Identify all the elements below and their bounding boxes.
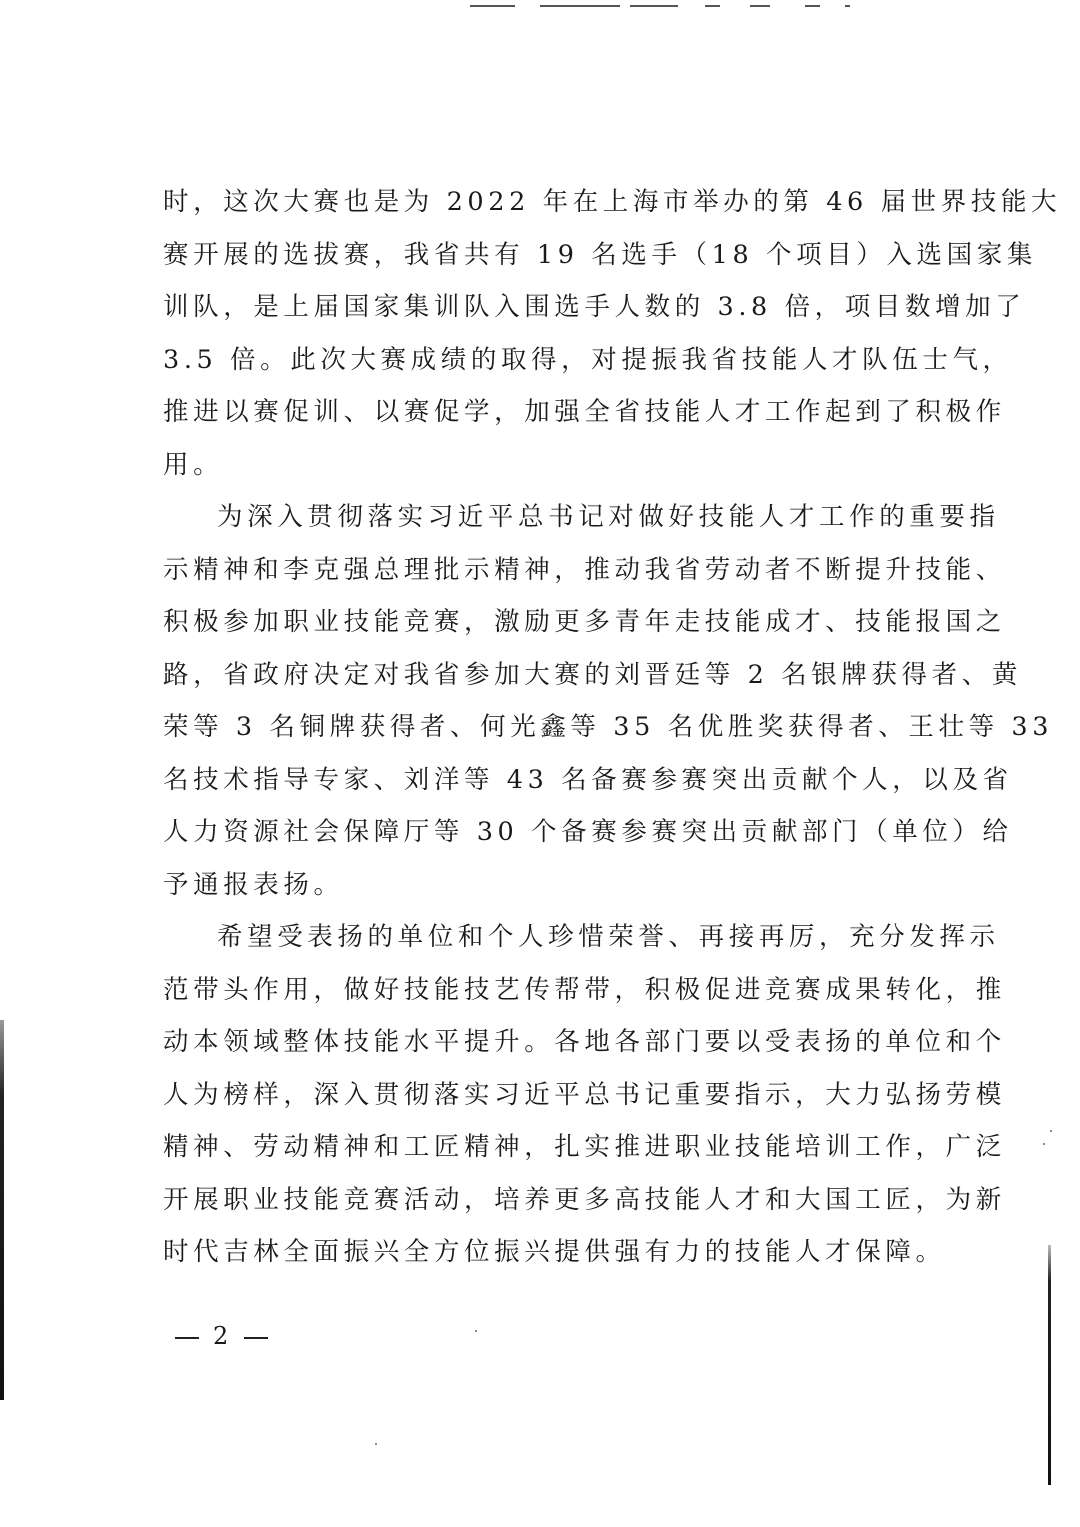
paragraph-2: 为深入贯彻落实习近平总书记对做好技能人才工作的重要指 示精神和李克强总理批示精神…	[163, 491, 938, 911]
text-line: 开展职业技能竞赛活动，培养更多高技能人才和大国工匠，为新	[163, 1174, 938, 1227]
document-body: 时，这次大赛也是为 2022 年在上海市举办的第 46 届世界技能大 赛开展的选…	[163, 176, 938, 1279]
scan-edge-left	[0, 1020, 4, 1400]
scan-header-artifacts	[460, 5, 850, 8]
dash-right	[244, 1337, 268, 1339]
text-line: 用。	[163, 439, 938, 492]
text-line: 人为榜样，深入贯彻落实习近平总书记重要指示，大力弘扬劳模	[163, 1069, 938, 1122]
text-line: 时代吉林全面振兴全方位振兴提供强有力的技能人才保障。	[163, 1226, 938, 1279]
paragraph-1: 时，这次大赛也是为 2022 年在上海市举办的第 46 届世界技能大 赛开展的选…	[163, 176, 938, 491]
page-number-value: 2	[213, 1322, 230, 1350]
text-line: 范带头作用，做好技能技艺传帮带，积极促进竞赛成果转化，推	[163, 964, 938, 1017]
page-number: 2	[175, 1322, 282, 1350]
text-line: 3.5 倍。此次大赛成绩的取得，对提振我省技能人才队伍士气，	[163, 334, 938, 387]
text-line: 积极参加职业技能竞赛，激励更多青年走技能成才、技能报国之	[163, 596, 938, 649]
text-line: 希望受表扬的单位和个人珍惜荣誉、再接再厉，充分发挥示	[163, 911, 938, 964]
text-line: 路，省政府决定对我省参加大赛的刘晋廷等 2 名银牌获得者、黄	[163, 649, 938, 702]
paragraph-3: 希望受表扬的单位和个人珍惜荣誉、再接再厉，充分发挥示 范带头作用，做好技能技艺传…	[163, 911, 938, 1279]
text-line: 赛开展的选拔赛，我省共有 19 名选手（18 个项目）入选国家集	[163, 229, 938, 282]
scan-speck	[1043, 1143, 1045, 1145]
text-line: 推进以赛促训、以赛促学，加强全省技能人才工作起到了积极作	[163, 386, 938, 439]
text-line: 名技术指导专家、刘洋等 43 名备赛参赛突出贡献个人，以及省	[163, 754, 938, 807]
text-line: 人力资源社会保障厅等 30 个备赛参赛突出贡献部门（单位）给	[163, 806, 938, 859]
text-line: 示精神和李克强总理批示精神，推动我省劳动者不断提升技能、	[163, 544, 938, 597]
scan-speck	[475, 1330, 477, 1332]
scan-speck	[375, 1443, 377, 1445]
text-line: 时，这次大赛也是为 2022 年在上海市举办的第 46 届世界技能大	[163, 176, 938, 229]
text-line: 荣等 3 名铜牌获得者、何光鑫等 35 名优胜奖获得者、王壮等 33	[163, 701, 938, 754]
scan-speck	[1050, 1130, 1052, 1132]
text-line: 予通报表扬。	[163, 859, 938, 912]
text-line: 训队，是上届国家集训队入围选手人数的 3.8 倍，项目数增加了	[163, 281, 938, 334]
text-line: 精神、劳动精神和工匠精神，扎实推进职业技能培训工作，广泛	[163, 1121, 938, 1174]
text-line: 动本领域整体技能水平提升。各地各部门要以受表扬的单位和个	[163, 1016, 938, 1069]
scan-edge-right	[1048, 1245, 1051, 1485]
dash-left	[175, 1337, 199, 1339]
text-line: 为深入贯彻落实习近平总书记对做好技能人才工作的重要指	[163, 491, 938, 544]
